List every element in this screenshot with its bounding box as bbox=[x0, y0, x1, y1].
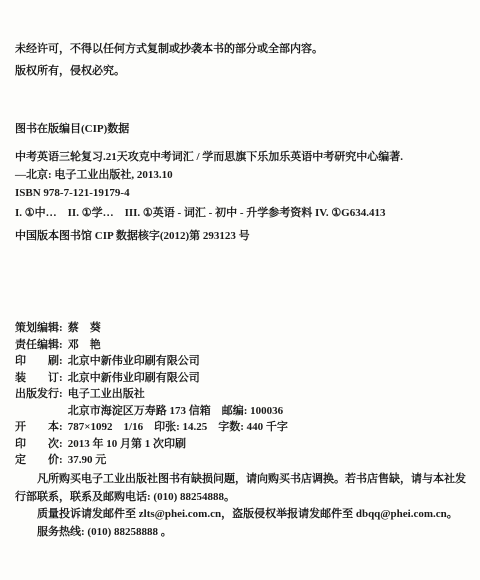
pubinfo-label: 装 订: bbox=[15, 370, 65, 387]
pubinfo-label: 策划编辑: bbox=[15, 320, 65, 337]
cip-publisher-line: —北京: 电子工业出版社, 2013.10 bbox=[15, 166, 468, 184]
pubinfo-value: 37.90 元 bbox=[68, 454, 107, 466]
publication-info: 策划编辑: 蔡 葵 责任编辑: 邓 艳 印 刷: 北京中新伟业印刷有限公司 装 … bbox=[15, 320, 468, 469]
copyright-notice-line2: 版权所有，侵权必究。 bbox=[15, 60, 468, 82]
pubinfo-value: 2013 年 10 月第 1 次印刷 bbox=[68, 438, 186, 450]
cip-isbn: ISBN 978-7-121-19179-4 bbox=[15, 184, 468, 202]
cip-classification: I. ①中… II. ①学… III. ①英语 - 词汇 - 初中 - 升学参考… bbox=[15, 204, 468, 222]
service-hotline: 服务热线: (010) 88258888 。 bbox=[15, 524, 468, 542]
pubinfo-label: 开 本: bbox=[15, 419, 65, 436]
quality-complaint-note: 质量投诉请发邮件至 zlts@phei.com.cn，盗版侵权举报请发邮件至 d… bbox=[15, 506, 468, 524]
cip-record-number: 中国版本图书馆 CIP 数据核字(2012)第 293123 号 bbox=[15, 227, 468, 245]
pubinfo-row-address: 北京市海淀区万寿路 173 信箱 邮编: 100036 bbox=[15, 403, 468, 420]
pubinfo-value: 邓 艳 bbox=[68, 339, 101, 351]
book-copyright-page: 未经许可，不得以任何方式复制或抄袭本书的部分或全部内容。 版权所有，侵权必究。 … bbox=[0, 0, 480, 580]
pubinfo-label: 责任编辑: bbox=[15, 337, 65, 354]
pubinfo-row-responsible-editor: 责任编辑: 邓 艳 bbox=[15, 337, 468, 354]
pubinfo-value: 787×1092 1/16 印张: 14.25 字数: 440 千字 bbox=[68, 421, 288, 433]
pubinfo-value: 电子工业出版社 bbox=[68, 388, 145, 400]
pubinfo-row-print-run: 印 次: 2013 年 10 月第 1 次印刷 bbox=[15, 436, 468, 453]
purchase-exchange-note: 凡所购买电子工业出版社图书有缺损问题，请向购买书店调换。若书店售缺，请与本社发行… bbox=[15, 471, 468, 506]
pubinfo-value: 北京中新伟业印刷有限公司 bbox=[68, 355, 200, 367]
pubinfo-row-publisher: 出版发行: 电子工业出版社 bbox=[15, 386, 468, 403]
pubinfo-row-price: 定 价: 37.90 元 bbox=[15, 452, 468, 469]
cip-block: 图书在版编目(CIP)数据 中考英语三轮复习.21天攻克中考词汇 / 学而思旗下… bbox=[15, 120, 468, 245]
pubinfo-value: 北京中新伟业印刷有限公司 bbox=[68, 372, 200, 384]
pubinfo-row-printing: 印 刷: 北京中新伟业印刷有限公司 bbox=[15, 353, 468, 370]
copyright-notice: 未经许可，不得以任何方式复制或抄袭本书的部分或全部内容。 版权所有，侵权必究。 bbox=[15, 38, 468, 82]
copyright-notice-line1: 未经许可，不得以任何方式复制或抄袭本书的部分或全部内容。 bbox=[15, 38, 468, 60]
pubinfo-value: 北京市海淀区万寿路 173 信箱 邮编: 100036 bbox=[68, 405, 283, 417]
pubinfo-label: 印 刷: bbox=[15, 353, 65, 370]
cip-heading: 图书在版编目(CIP)数据 bbox=[15, 120, 468, 138]
pubinfo-label: 定 价: bbox=[15, 452, 65, 469]
pubinfo-label: 出版发行: bbox=[15, 386, 65, 403]
cip-title-line: 中考英语三轮复习.21天攻克中考词汇 / 学而思旗下乐加乐英语中考研究中心编著. bbox=[15, 148, 468, 166]
pubinfo-row-planning-editor: 策划编辑: 蔡 葵 bbox=[15, 320, 468, 337]
footer-notes: 凡所购买电子工业出版社图书有缺损问题，请向购买书店调换。若书店售缺，请与本社发行… bbox=[15, 471, 468, 541]
pubinfo-row-binding: 装 订: 北京中新伟业印刷有限公司 bbox=[15, 370, 468, 387]
pubinfo-value: 蔡 葵 bbox=[68, 322, 101, 334]
pubinfo-label: 印 次: bbox=[15, 436, 65, 453]
pubinfo-row-format: 开 本: 787×1092 1/16 印张: 14.25 字数: 440 千字 bbox=[15, 419, 468, 436]
